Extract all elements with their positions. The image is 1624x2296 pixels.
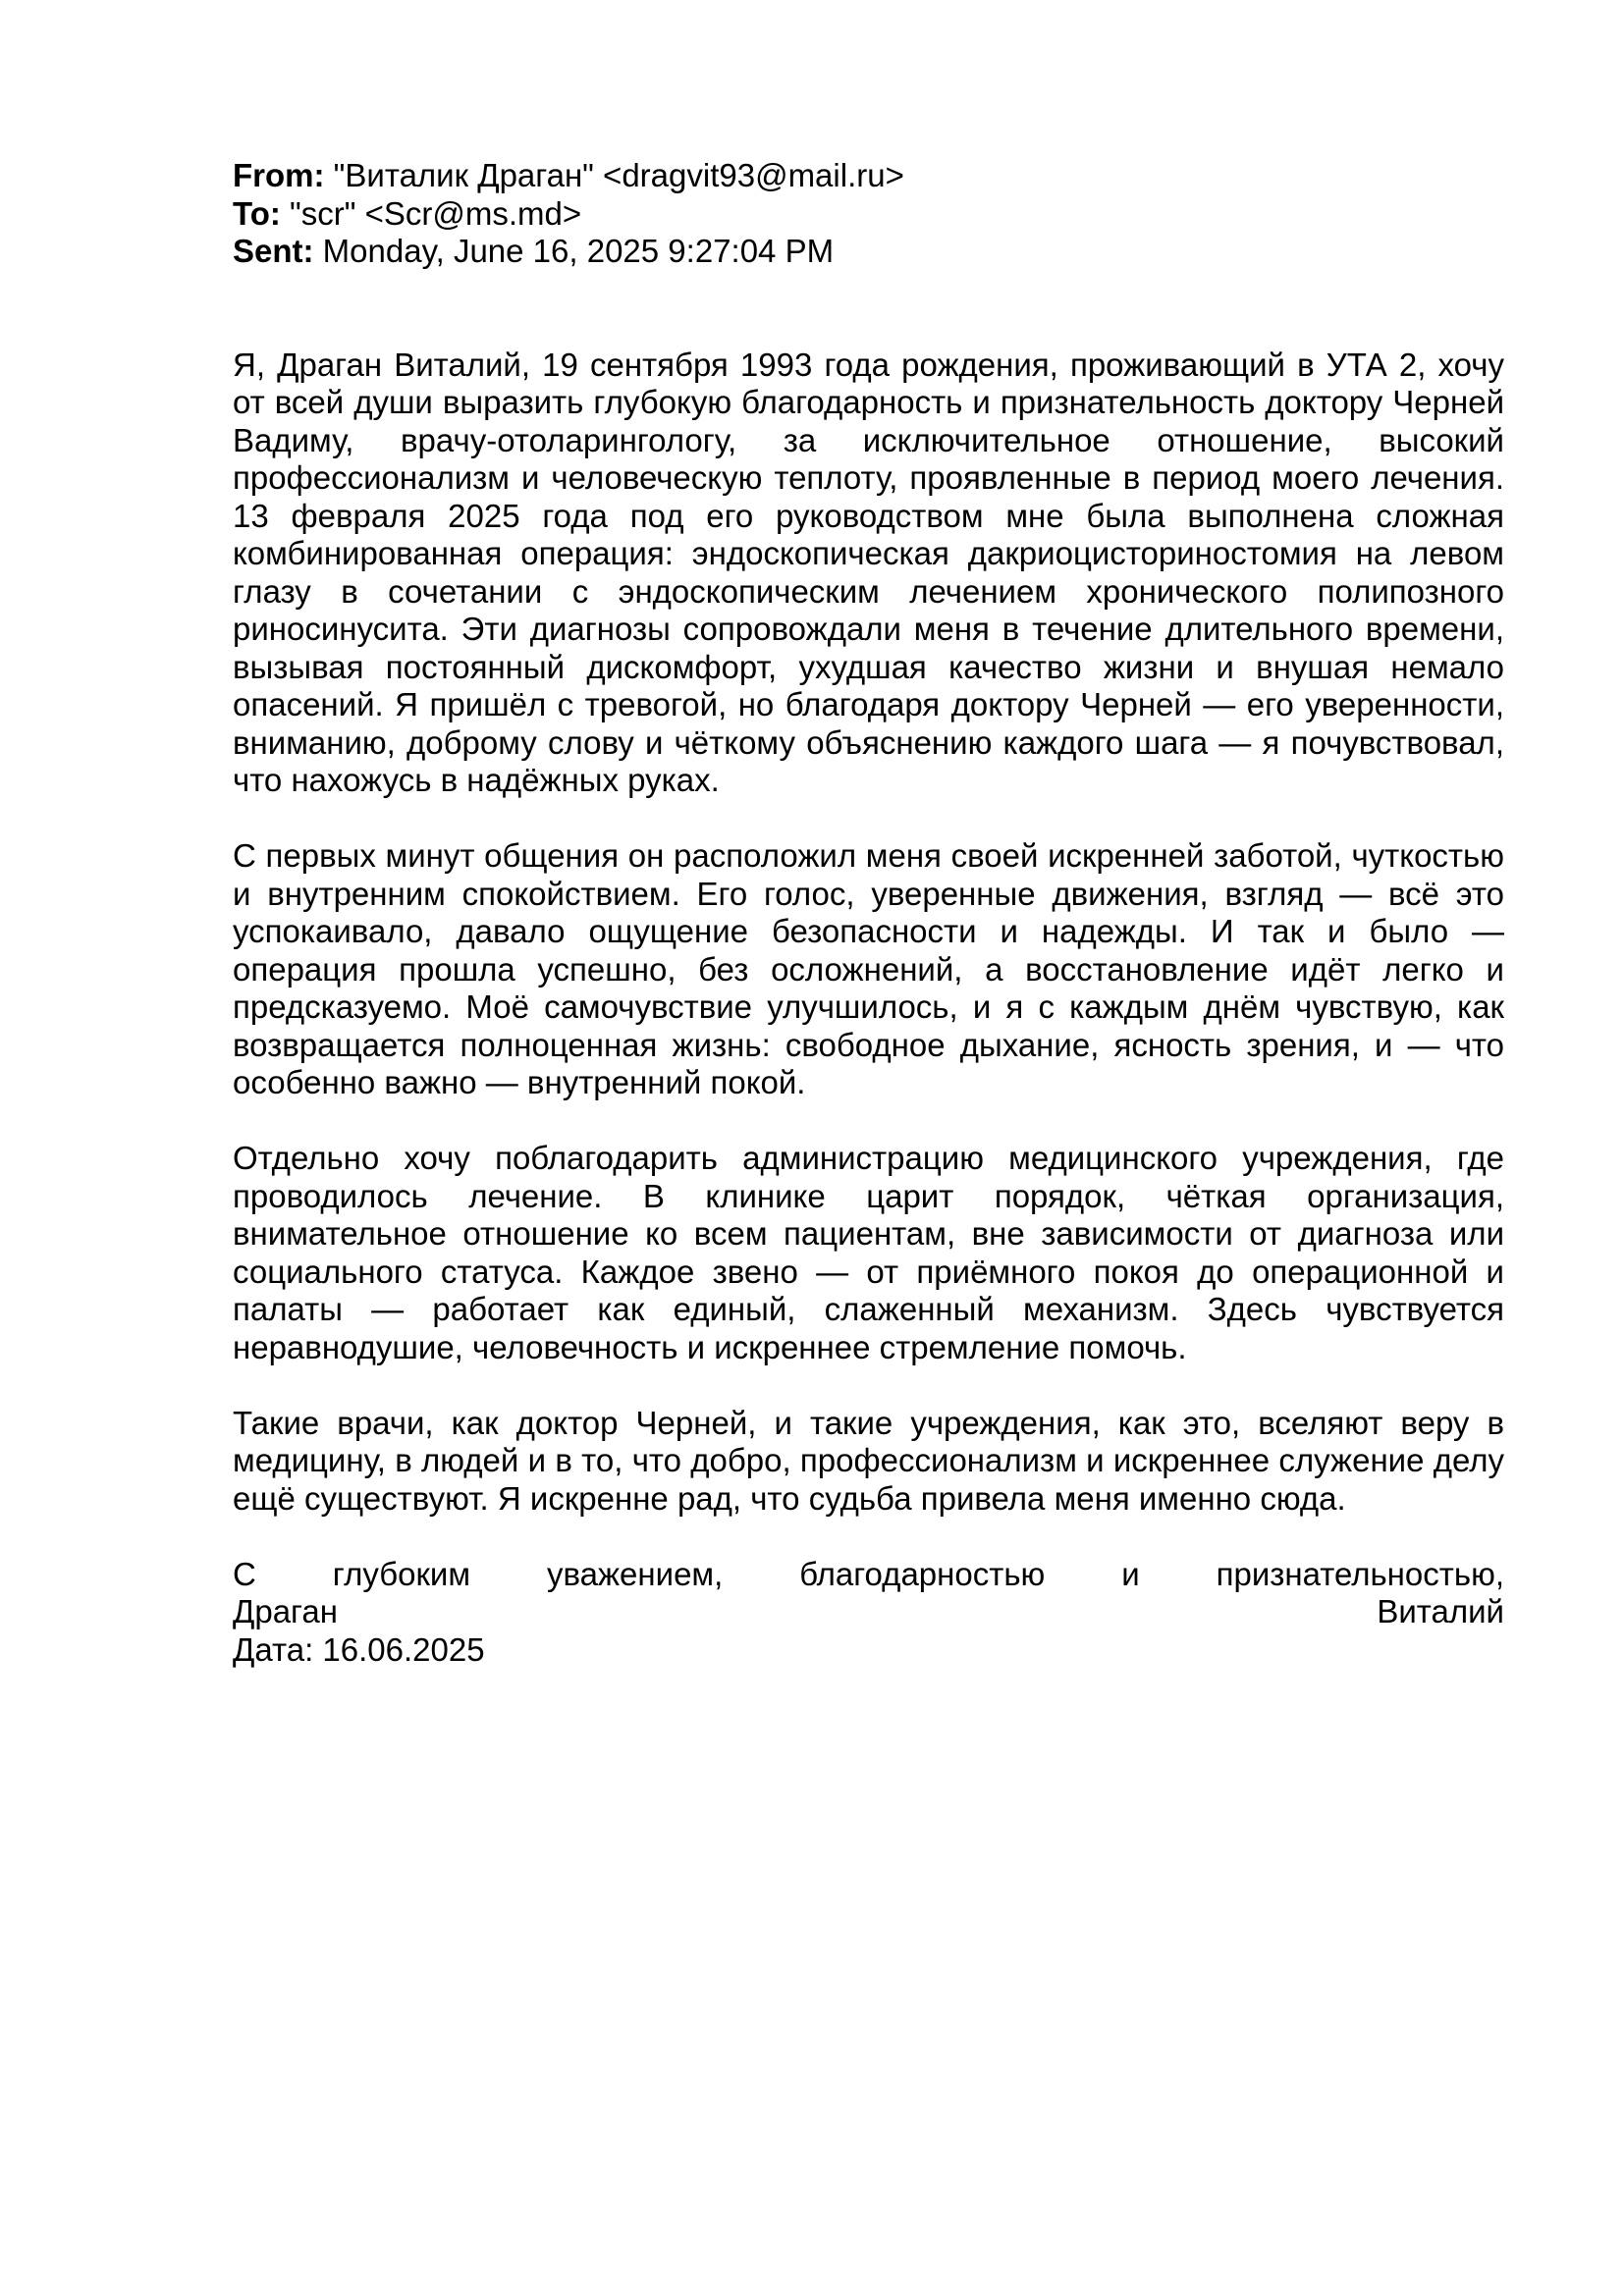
signature-name-line: Драган Виталий	[233, 1593, 1504, 1631]
body-paragraph-conclusion: Такие врачи, как доктор Черней, и такие …	[233, 1405, 1504, 1519]
from-label: From:	[233, 157, 325, 193]
signature-word: глубоким	[333, 1556, 470, 1594]
sent-line: Sent: Monday, June 16, 2025 9:27:04 PM	[233, 233, 1504, 271]
body-paragraph-gratitude-intro: Я, Драган Виталий, 19 сентября 1993 года…	[233, 347, 1504, 800]
email-document-page: From: "Виталик Драган" <dragvit93@mail.r…	[0, 0, 1624, 2296]
sent-label: Sent:	[233, 233, 314, 269]
signature-closing-line: С глубоким уважением, благодарностью и п…	[233, 1556, 1504, 1594]
body-paragraph-doctor-impression: С первых минут общения он расположил мен…	[233, 837, 1504, 1102]
signature-word: С	[233, 1556, 256, 1594]
signature-word: и	[1121, 1556, 1139, 1594]
sent-value: Monday, June 16, 2025 9:27:04 PM	[314, 233, 835, 269]
signature-block: С глубоким уважением, благодарностью и п…	[233, 1556, 1504, 1670]
email-header: From: "Виталик Драган" <dragvit93@mail.r…	[233, 157, 1504, 271]
signature-surname: Драган	[233, 1593, 338, 1631]
signature-word: признательностью,	[1217, 1556, 1504, 1594]
signature-firstname: Виталий	[1377, 1593, 1504, 1631]
to-label: To:	[233, 195, 281, 232]
signature-word: уважением,	[547, 1556, 723, 1594]
date-line: Дата: 16.06.2025	[233, 1631, 1504, 1670]
signature-word: благодарностью	[799, 1556, 1045, 1594]
to-value: "scr" <Scr@ms.md>	[281, 195, 581, 232]
from-value: "Виталик Драган" <dragvit93@mail.ru>	[325, 157, 904, 193]
to-line: To: "scr" <Scr@ms.md>	[233, 195, 1504, 234]
body-paragraph-administration-thanks: Отдельно хочу поблагодарить администраци…	[233, 1140, 1504, 1366]
from-line: From: "Виталик Драган" <dragvit93@mail.r…	[233, 157, 1504, 195]
